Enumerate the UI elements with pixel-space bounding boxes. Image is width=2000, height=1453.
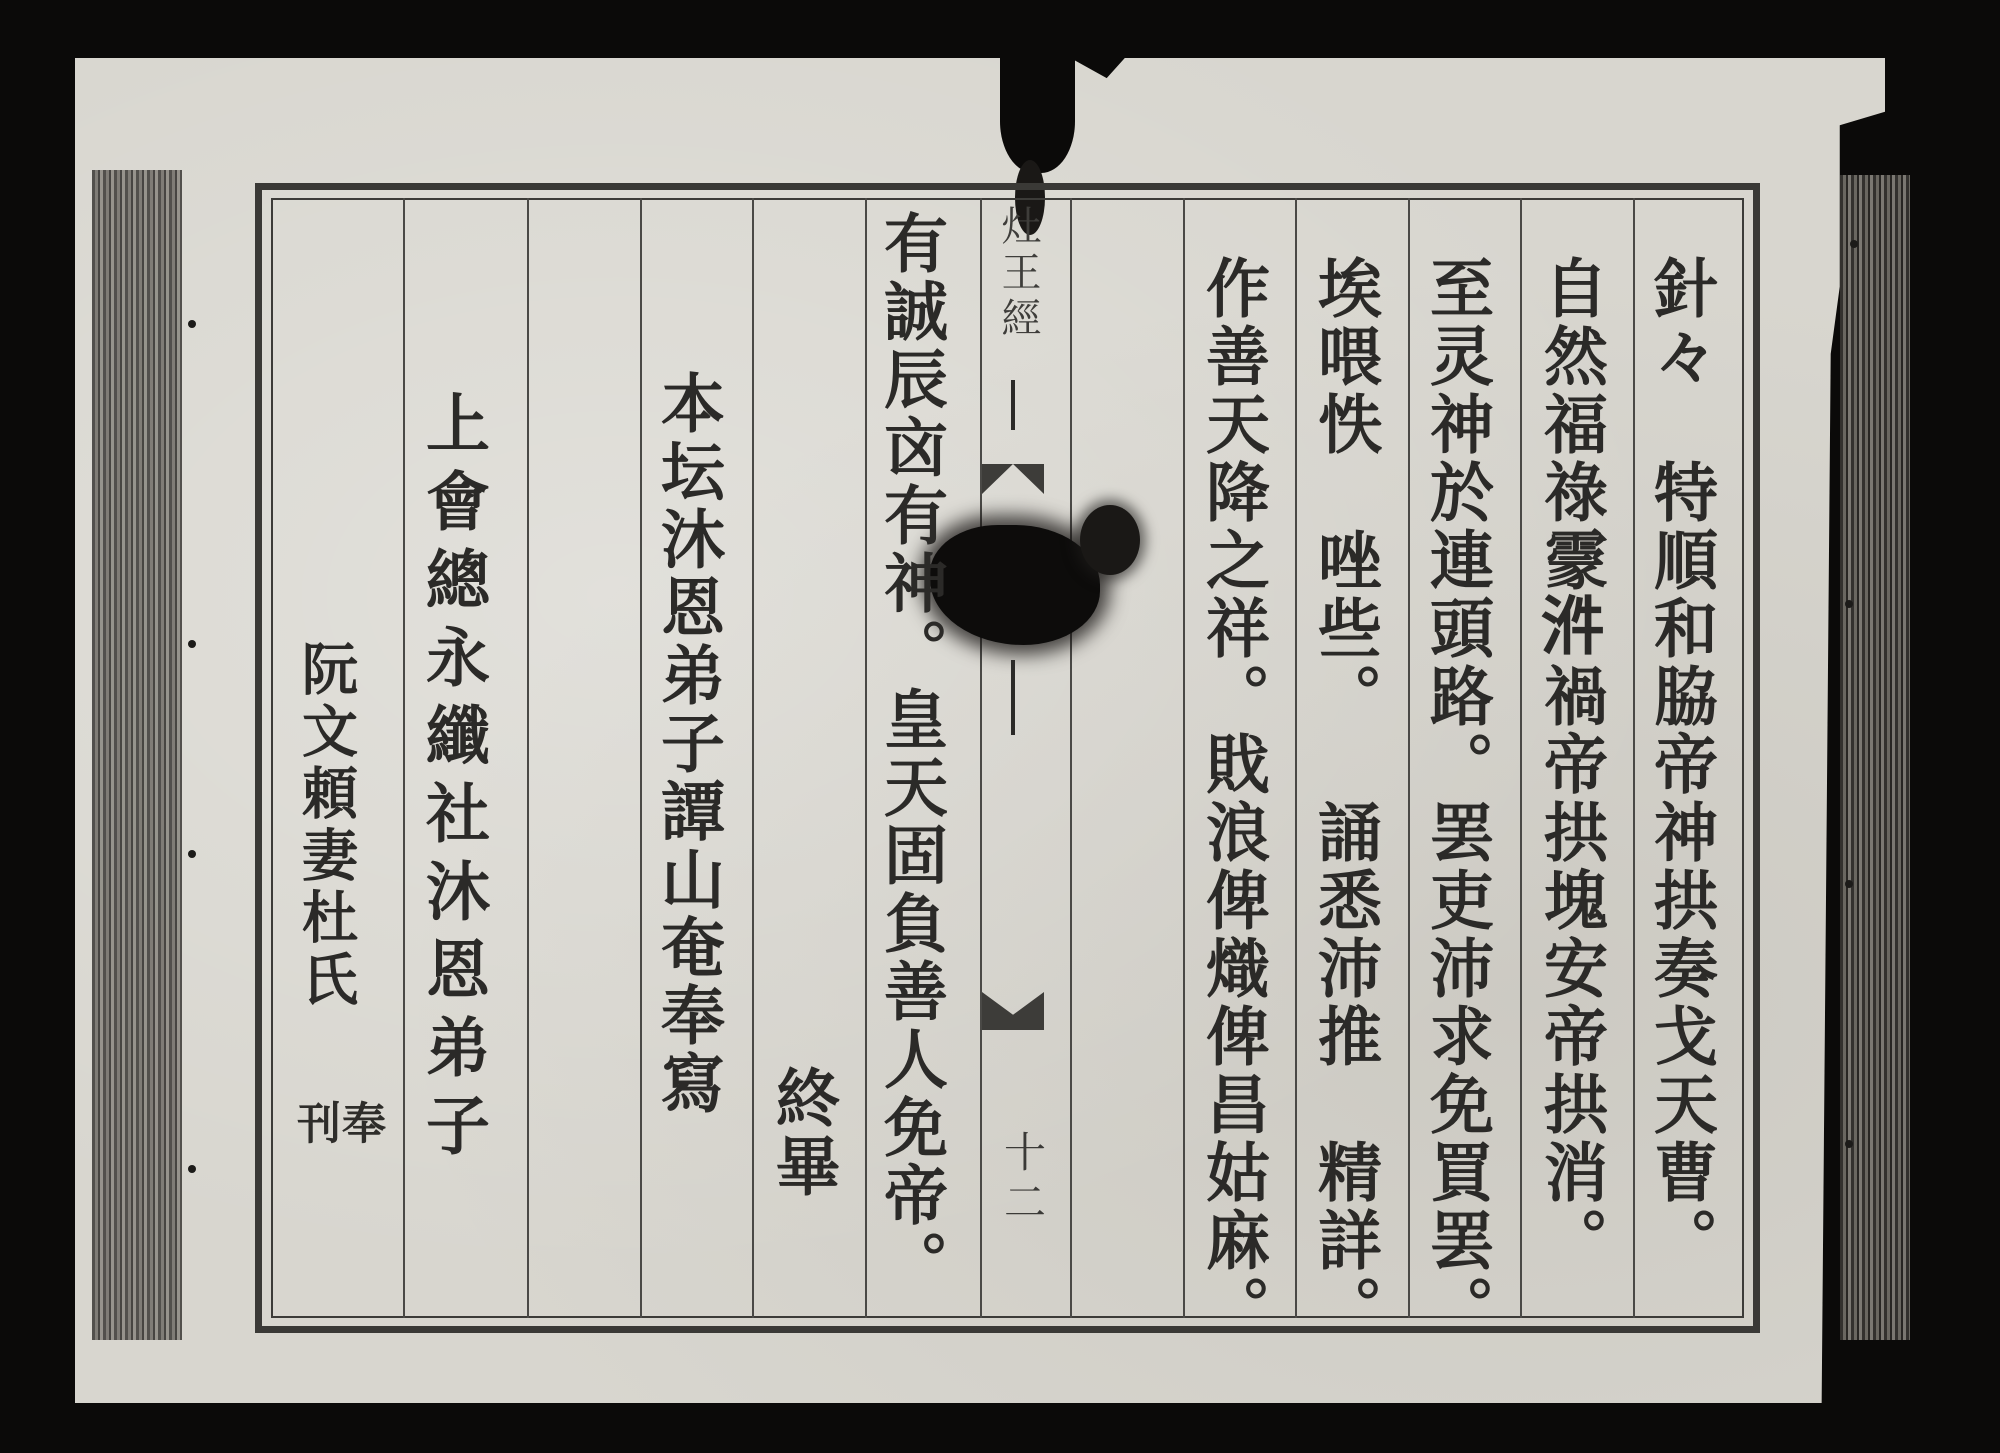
column-rule [1070, 198, 1072, 1318]
side-note-kan: 刊 [282, 1100, 346, 1144]
column-rule [1183, 198, 1185, 1318]
binding-hole [1850, 240, 1858, 248]
binding-hole [188, 1165, 196, 1173]
binding-hole [1845, 880, 1853, 888]
donor-line-2: 阮文頼妻杜氏𦍛 [298, 640, 354, 1074]
page-number: 十二 [992, 1130, 1052, 1230]
column-rule [865, 198, 867, 1318]
scribe-line: 本坛沐恩弟子譚山奄奉寫 [655, 370, 719, 1118]
left-ink-margin [92, 170, 182, 1340]
donor-line-1: 上會總永纖社沐恩弟子 [420, 390, 484, 1170]
closing-mark: 終畢 [770, 1065, 834, 1201]
spine-mark [1011, 380, 1015, 430]
column-rule [1295, 198, 1297, 1318]
binding-hole [188, 850, 196, 858]
column-rule [1633, 198, 1635, 1318]
right-ink-margin [1840, 175, 1910, 1340]
spine-mark [1011, 660, 1015, 735]
binding-hole [1845, 1140, 1853, 1148]
column-rule [640, 198, 642, 1318]
binding-hole [188, 640, 196, 648]
binding-hole [1845, 600, 1853, 608]
text-column-2: 自然福祿霥𣴓禍帝拱塊安帝拱消。 [1538, 255, 1602, 1275]
column-rule [403, 198, 405, 1318]
binding-hole [188, 320, 196, 328]
burn-hole-damage [1080, 505, 1140, 575]
column-rule [1408, 198, 1410, 1318]
center-column-title: 灶王經 [990, 205, 1047, 343]
text-column-7: 有誠辰㐫有神。皇天固負善人免帝。 [878, 210, 942, 1298]
text-column-3: 至灵神於連頭路。罢吏沛求免買罢。 [1424, 255, 1488, 1343]
column-rule [527, 198, 529, 1318]
top-tear-damage [1000, 58, 1075, 173]
center-column-rule [980, 198, 982, 1318]
text-column-4: 埃喂怢𠰳唑些。𠱾誦悉沛推𪿙精詳。 [1312, 255, 1376, 1343]
text-column-5: 作善天降之祥。戝浪俾熾俾昌姑麻。 [1200, 255, 1264, 1343]
text-column-1: 針々𤅶特順和脇帝神拱奏戈天曹。 [1648, 255, 1712, 1275]
column-rule [1520, 198, 1522, 1318]
text-column-6: 𡥵𡥵𠺥𠺥𣃣多。茂茂盛旺茄茄壽春。 [1088, 255, 1152, 1343]
column-rule [752, 198, 754, 1318]
